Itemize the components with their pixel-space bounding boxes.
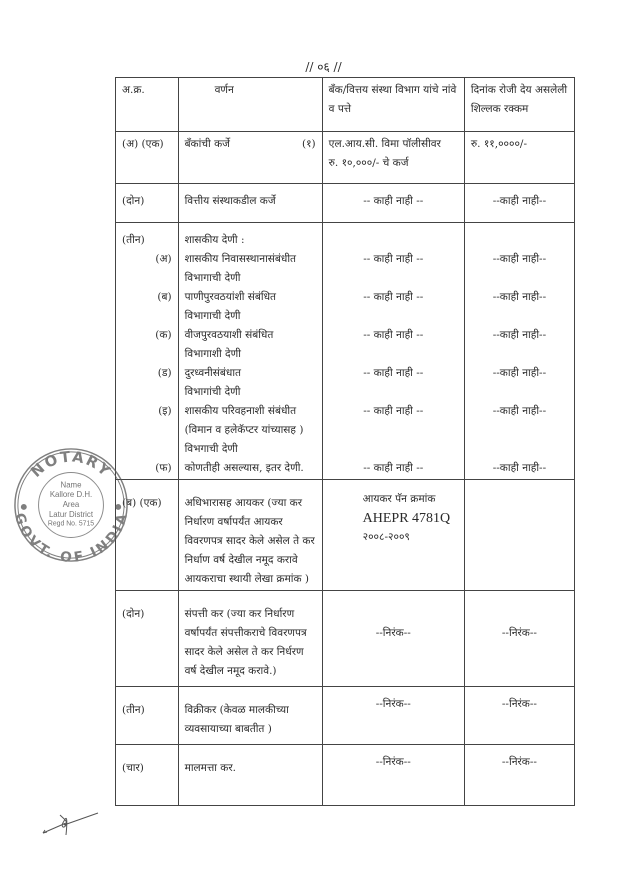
assessment-year: २००८-२००९ <box>363 528 458 547</box>
description-cell: शासकीय देणी : शासकीय निवासस्थानासंबंधीत … <box>178 223 322 480</box>
page-number: // ०६ // <box>0 58 637 75</box>
bank-cell: एल.आय.सी. विमा पॉलीसीवररु. १०,०००/- चे क… <box>322 132 464 184</box>
serial-text: (तीन) <box>122 231 172 250</box>
header-bank: बँक/वित्तय संस्था विभाग यांचे नांवे व पत… <box>322 78 464 132</box>
item-line: शासकीय परिवहनाशी संबंधीत <box>185 402 316 421</box>
bank-cell: --निरंक-- <box>322 745 464 806</box>
amount-value: --काही नाही-- <box>471 326 568 345</box>
pan-label: आयकर पॅन क्रमांक <box>363 490 458 509</box>
table-row: (चार) मालमत्ता कर. --निरंक-- --निरंक-- <box>116 745 575 806</box>
amount-cell: --निरंक-- <box>464 687 574 745</box>
amount-cell: --निरंक-- <box>464 745 574 806</box>
amount-value: --काही नाही-- <box>471 364 568 383</box>
item-line: विभागाशी देणी <box>185 345 316 364</box>
header-description: वर्णन <box>178 78 322 132</box>
bank-value: -- काही नाही -- <box>329 459 458 478</box>
item-line: (विमान व हलेकॅप्टर यांच्यासह ) <box>185 421 316 440</box>
liabilities-table: अ.क्र. वर्णन बँक/वित्तय संस्था विभाग यां… <box>115 77 575 806</box>
bank-value: -- काही नाही -- <box>329 326 458 345</box>
bank-cell: -- काही नाही -- -- काही नाही -- -- काही … <box>322 223 464 480</box>
amount-value: --काही नाही-- <box>471 402 568 421</box>
sub-keys: (अ) (ब) (क) (ड) (इ) (फ) <box>155 250 171 478</box>
description-cell: विक्रीकर (केवळ मालकीच्या व्यवसायाच्या बा… <box>178 687 322 745</box>
bank-value: -- काही नाही -- <box>329 364 458 383</box>
pan-number: AHEPR 4781Q <box>363 509 458 528</box>
amount-cell: --काही नाही-- --काही नाही-- --काही नाही-… <box>464 223 574 480</box>
header-description-text: वर्णन <box>185 81 316 100</box>
description-cell: संपत्ती कर (ज्या कर निर्धारण वर्षापर्यंत… <box>178 591 322 687</box>
stamp-name-label: Name <box>61 480 83 489</box>
sub-key: (फ) <box>155 459 171 478</box>
stamp-top-text: NOTARY <box>28 448 115 480</box>
item-line: दुरध्वनीसंबंधात <box>185 364 316 383</box>
table-row: (दोन) संपत्ती कर (ज्या कर निर्धारण वर्षा… <box>116 591 575 687</box>
stamp-name: Kallore D.H. <box>50 490 92 499</box>
amount-cell <box>464 480 574 591</box>
item-line: विभागाची देणी <box>185 307 316 326</box>
bank-cell: आयकर पॅन क्रमांक AHEPR 4781Q २००८-२००९ <box>322 480 464 591</box>
bank-value: -- काही नाही -- <box>329 250 458 269</box>
bank-line: रु. १०,०००/- चे कर्ज <box>329 154 458 173</box>
notary-stamp: NOTARY GOVT. OF INDIA Name Kallore D.H. … <box>12 446 130 564</box>
amount-value: --काही नाही-- <box>471 459 568 478</box>
sub-key: (ब) <box>155 288 171 307</box>
stamp-area-label: Area <box>63 500 80 509</box>
serial-cell: (तीन) (अ) (ब) (क) (ड) (इ) (फ) <box>116 223 179 480</box>
description-cell: अधिभारासह आयकर (ज्या कर निर्धारण वर्षापर… <box>178 480 322 591</box>
item-line: विभगाची देणी <box>185 440 316 459</box>
amount-value: --काही नाही-- <box>471 288 568 307</box>
stamp-area: Latur District <box>49 510 94 519</box>
description-cell: वित्तीय संस्थाकडील कर्जे <box>178 184 322 223</box>
serial-cell: (दोन) <box>116 184 179 223</box>
item-line: वीजपुरवठयाशी संबंधित <box>185 326 316 345</box>
table-row: (तीन) विक्रीकर (केवळ मालकीच्या व्यवसायाच… <box>116 687 575 745</box>
sub-key: (इ) <box>155 402 171 421</box>
description-number: (१) <box>302 135 316 154</box>
item-line: शासकीय निवासस्थानासंबंधीत <box>185 250 316 269</box>
amount-cell: --काही नाही-- <box>464 184 574 223</box>
description-cell: मालमत्ता कर. <box>178 745 322 806</box>
table-row: (ब) (एक) अधिभारासह आयकर (ज्या कर निर्धार… <box>116 480 575 591</box>
bank-cell: --निरंक-- <box>322 687 464 745</box>
bank-value: -- काही नाही -- <box>329 402 458 421</box>
item-line: पाणीपुरवठयांशी संबंधित <box>185 288 316 307</box>
serial-cell: (दोन) <box>116 591 179 687</box>
sub-key: (क) <box>155 326 171 345</box>
table-row: (दोन) वित्तीय संस्थाकडील कर्जे -- काही न… <box>116 184 575 223</box>
item-line: कोणतीही असल्यास, इतर देणी. <box>185 459 316 478</box>
bank-cell: --निरंक-- <box>322 591 464 687</box>
amount-cell: रु. ११,००००/- <box>464 132 574 184</box>
stamp-regd: Regd No. 5715 <box>48 521 94 528</box>
sub-key: (अ) <box>155 250 171 269</box>
header-amount: दिनांक रोजी देय असलेली शिल्लक रक्कम <box>464 78 574 132</box>
item-line: विभागांची देणी <box>185 383 316 402</box>
amount-value: --काही नाही-- <box>471 250 568 269</box>
serial-cell: (चार) <box>116 745 179 806</box>
serial-cell: (अ) (एक) <box>116 132 179 184</box>
table-row: (अ) (एक) बँकांची कर्जे(१) एल.आय.सी. विमा… <box>116 132 575 184</box>
section-title: शासकीय देणी : <box>185 231 316 250</box>
serial-cell: (तीन) <box>116 687 179 745</box>
header-serial: अ.क्र. <box>116 78 179 132</box>
table-row: (तीन) (अ) (ब) (क) (ड) (इ) (फ) शासकीय देण… <box>116 223 575 480</box>
item-line: विभागाची देणी <box>185 269 316 288</box>
description-text: बँकांची कर्जे <box>185 138 230 150</box>
bank-cell: -- काही नाही -- <box>322 184 464 223</box>
sub-key: (ड) <box>155 364 171 383</box>
table-header-row: अ.क्र. वर्णन बँक/वित्तय संस्था विभाग यां… <box>116 78 575 132</box>
signature-mark <box>38 805 108 845</box>
stamp-star-icon <box>115 504 121 510</box>
stamp-star-icon <box>21 504 27 510</box>
description-cell: बँकांची कर्जे(१) <box>178 132 322 184</box>
bank-value: -- काही नाही -- <box>329 288 458 307</box>
amount-cell: --निरंक-- <box>464 591 574 687</box>
bank-line: एल.आय.सी. विमा पॉलीसीवर <box>329 135 458 154</box>
